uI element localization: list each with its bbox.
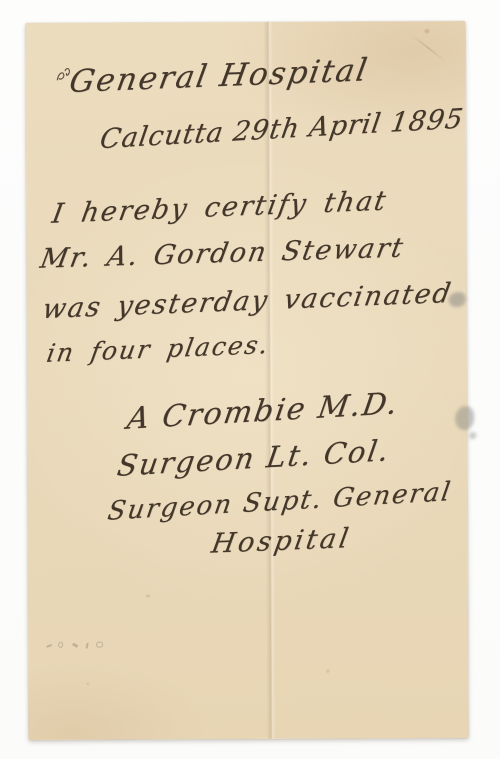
signature-title: Surgeon Supt. General <box>107 477 453 526</box>
foxing-spot <box>424 29 429 33</box>
body-line-vaccinated: was yesterday vaccinated <box>42 278 452 325</box>
body-line-certify: I hereby certify that <box>52 186 388 230</box>
letter-paper: General Hospital Calcutta 29th April 189… <box>25 21 468 740</box>
body-line-name: Mr. A. Gordon Stewart <box>40 233 405 275</box>
body-line-certify-text: I hereby certify that <box>50 185 390 229</box>
heading-line-hospital-text: General Hospital <box>67 52 372 100</box>
pencil-stroke <box>58 642 63 648</box>
signature-name-text: A Crombie M.D. <box>125 386 402 437</box>
heading-line-date: Calcutta 29th April 1895 <box>99 104 464 156</box>
foxing-spot <box>326 670 329 673</box>
signature-name: A Crombie M.D. <box>126 386 399 436</box>
faint-pencil-marks <box>46 639 118 653</box>
body-line-vaccinated-text: was yesterday vaccinated <box>40 278 455 325</box>
corner-crease <box>410 33 448 63</box>
smudge-mark <box>469 432 476 439</box>
signature-title-text: Surgeon Supt. General <box>105 477 454 527</box>
body-line-name-text: Mr. A. Gordon Stewart <box>38 232 407 274</box>
signature-hospital-text: Hospital <box>209 523 353 560</box>
smudge-mark <box>455 406 474 430</box>
signature-rank: Surgeon Lt. Col. <box>117 433 391 482</box>
body-line-places: in four places. <box>46 330 270 368</box>
heading-line-date-text: Calcutta 29th April 1895 <box>98 103 466 155</box>
pencil-stroke <box>72 642 79 648</box>
heading-line-hospital: General Hospital <box>69 52 369 100</box>
signature-rank-text: Surgeon Lt. Col. <box>115 433 393 483</box>
body-line-places-text: in four places. <box>44 330 272 368</box>
signature-hospital: Hospital <box>211 523 351 559</box>
smudge-mark <box>449 292 466 307</box>
pencil-stroke <box>86 643 89 649</box>
pencil-stroke <box>46 644 52 648</box>
scan-background: General Hospital Calcutta 29th April 189… <box>0 0 500 759</box>
foxing-spot <box>146 594 150 597</box>
pencil-stroke <box>96 642 103 648</box>
foxing-spot <box>86 683 89 685</box>
